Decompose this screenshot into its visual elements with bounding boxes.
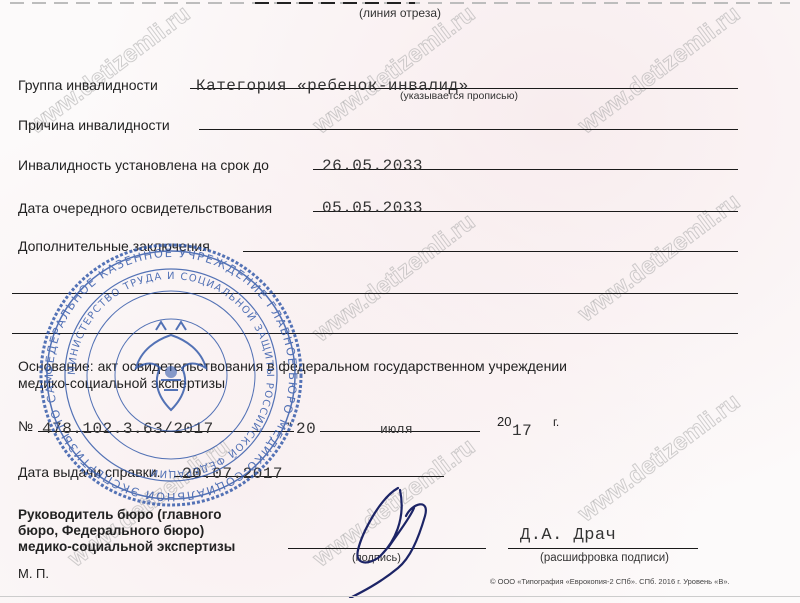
additional-conclusions-line[interactable]	[243, 251, 738, 252]
official-stamp-icon: ФЕДЕРАЛЬНОЕ КАЗЕННОЕ УЧРЕЖДЕНИЕ ГЛАВНОЕ …	[36, 240, 306, 510]
act-month-value[interactable]: июля	[380, 422, 413, 437]
handwritten-signature-icon	[340, 478, 460, 598]
certificate-page: (линия отреза) www.detizemli.ru www.deti…	[0, 0, 800, 603]
disability-group-hint: (указывается прописью)	[400, 90, 518, 102]
seal-place-label: М. П.	[18, 566, 49, 581]
watermark: www.detizemli.ru	[308, 0, 481, 140]
next-exam-value[interactable]: 05.05.2033	[322, 199, 423, 217]
cut-line-label: (линия отреза)	[0, 6, 800, 20]
disability-term-label: Инвалидность установлена на срок до	[18, 157, 269, 173]
name-caption: (расшифровка подписи)	[540, 552, 669, 564]
watermark: www.detizemli.ru	[573, 188, 746, 328]
cut-line-dark-segment	[255, 2, 415, 4]
signatory-title-line3: медико-социальной экспертизы	[18, 539, 235, 555]
name-line	[508, 548, 698, 549]
disability-cause-label: Причина инвалидности	[18, 117, 170, 133]
disability-term-value[interactable]: 26.05.2033	[322, 157, 423, 175]
next-exam-label: Дата очередного освидетельствования	[18, 200, 272, 216]
printer-imprint: © ООО «Типография «Еврокопия-2 СПб». СПб…	[490, 577, 730, 586]
bottom-cut-line	[0, 596, 800, 597]
act-year-prefix: 20	[497, 414, 511, 429]
watermark: www.detizemli.ru	[573, 0, 746, 140]
act-number-prefix: №	[18, 418, 33, 434]
disability-group-label: Группа инвалидности	[18, 77, 158, 93]
signatory-name[interactable]: Д.А. Драч	[520, 526, 616, 545]
disability-cause-line[interactable]	[199, 129, 738, 130]
watermark: www.detizemli.ru	[308, 208, 481, 348]
watermark: www.detizemli.ru	[573, 388, 746, 528]
act-year-suffix[interactable]: 17	[512, 422, 532, 440]
act-year-unit: г.	[553, 415, 559, 429]
signatory-title-line2: бюро, Федерального бюро)	[18, 523, 204, 539]
